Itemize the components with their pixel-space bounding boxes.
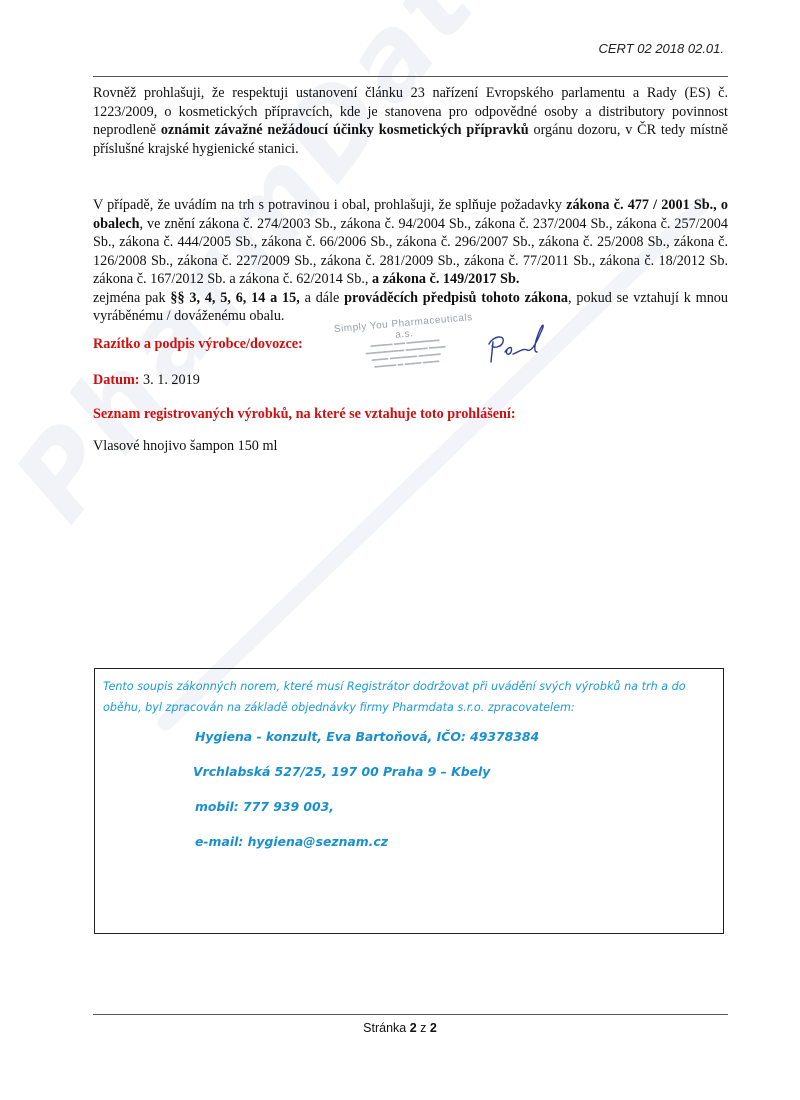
paragraph-cosmetics-regulation: Rovněž prohlašuji, že respektuji ustanov… [93,84,728,158]
info-box: Tento soupis zákonných norem, které musí… [94,668,724,934]
document-code: CERT 02 2018 02.01. [598,41,724,56]
contact-address: Vrchlabská 527/25, 197 00 Praha 9 – Kbel… [193,764,490,779]
page-number: Stránka 2 z 2 [0,1021,800,1035]
date-value: 3. 1. 2019 [140,372,200,388]
paragraph-packaging-law: V případě, že uvádím na trh s potravinou… [93,196,728,289]
signature-label: Razítko a podpis výrobce/dovozce: [93,336,303,353]
products-heading: Seznam registrovaných výrobků, na které … [93,406,516,423]
footer-rule [93,1014,728,1015]
date-row: Datum: 3. 1. 2019 [93,372,200,389]
contact-phone: mobil: 777 939 003, [195,799,334,814]
product-item: Vlasové hnojivo šampon 150 ml [93,438,277,455]
contact-company: Hygiena - konzult, Eva Bartoňová, IČO: 4… [195,729,539,744]
contact-email[interactable]: e-mail: hygiena@seznam.cz [195,834,388,849]
document-page: PharmData s. r. o. CERT 02 2018 02.01. R… [0,0,800,1100]
document-body: Rovněž prohlašuji, že respektuji ustanov… [93,84,728,326]
header-rule [93,76,728,77]
info-box-intro: Tento soupis zákonných norem, které musí… [103,676,717,718]
handwritten-signature [483,318,553,368]
